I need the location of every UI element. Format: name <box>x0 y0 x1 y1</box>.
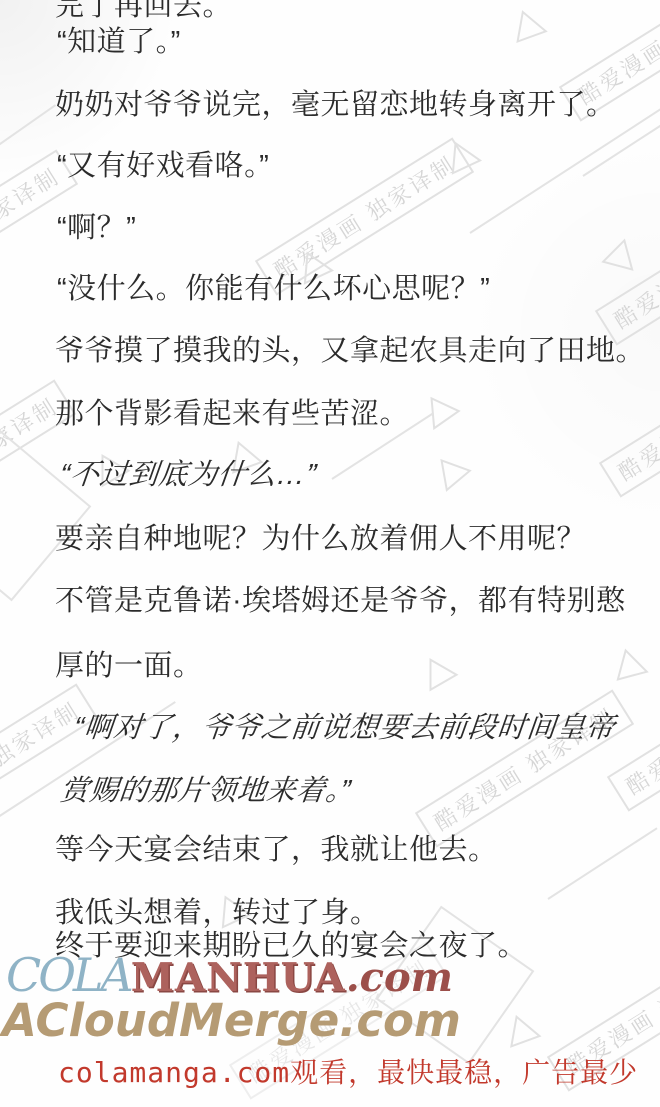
story-line: 不管是克鲁诺·埃塔姆还是爷爷，都有特别憨 <box>55 583 626 619</box>
watermark-triangle-icon <box>601 234 642 272</box>
watermark-line <box>0 104 56 152</box>
story-line: 厚的一面。 <box>55 648 203 684</box>
story-line: 完了再回去。 <box>55 0 232 24</box>
thought-line: 赏赐的那片领地来着。” <box>58 773 352 809</box>
story-line: 我低头想着，转过了身。 <box>55 895 380 931</box>
acloudmerge-logo: ACloudMerge.com <box>2 994 461 1047</box>
watermark-triangle-icon <box>439 454 474 493</box>
thought-line: “啊对了，爷爷之前说想要去前段时间皇帝 <box>72 710 617 746</box>
watermark-line <box>547 827 657 899</box>
dialogue-line: “知道了。” <box>57 24 181 60</box>
watermark-triangle-icon <box>416 387 461 431</box>
watermark-triangle-icon <box>415 650 459 693</box>
dialogue-line: “啊？” <box>57 210 136 246</box>
watermark-triangle-icon <box>500 1009 542 1049</box>
comic-text-page: 酷爱漫画 独家译制 酷爱漫画 独家译制 酷爱漫画 独家译制 酷爱漫画 独家译制 … <box>0 0 660 1107</box>
story-line: 等今天宴会结束了，我就让他去。 <box>55 832 498 868</box>
story-line: 那个背影看起来有些苦涩。 <box>55 396 409 432</box>
story-line: 爷爷摸了摸我的头，又拿起农具走向了田地。 <box>55 333 645 369</box>
dialogue-line: “没什么。你能有什么坏心思呢？” <box>57 271 490 307</box>
watermark-line <box>469 107 660 234</box>
dialogue-line: “又有好戏看咯。” <box>57 148 269 184</box>
story-line: 要亲自种地呢？为什么放着佣人不用呢？ <box>55 521 586 557</box>
watermark-triangle-icon <box>609 644 650 682</box>
story-line: 奶奶对爷爷说完，毫无留恋地转身离开了。 <box>55 87 616 123</box>
promo-text: colamanga.com观看，最快最稳，广告最少 <box>58 1051 638 1091</box>
thought-line: “不过到底为什么…” <box>58 457 318 493</box>
watermark-line <box>582 115 660 177</box>
watermark-triangle-icon <box>515 10 550 49</box>
watermark-square-shape <box>0 427 91 602</box>
